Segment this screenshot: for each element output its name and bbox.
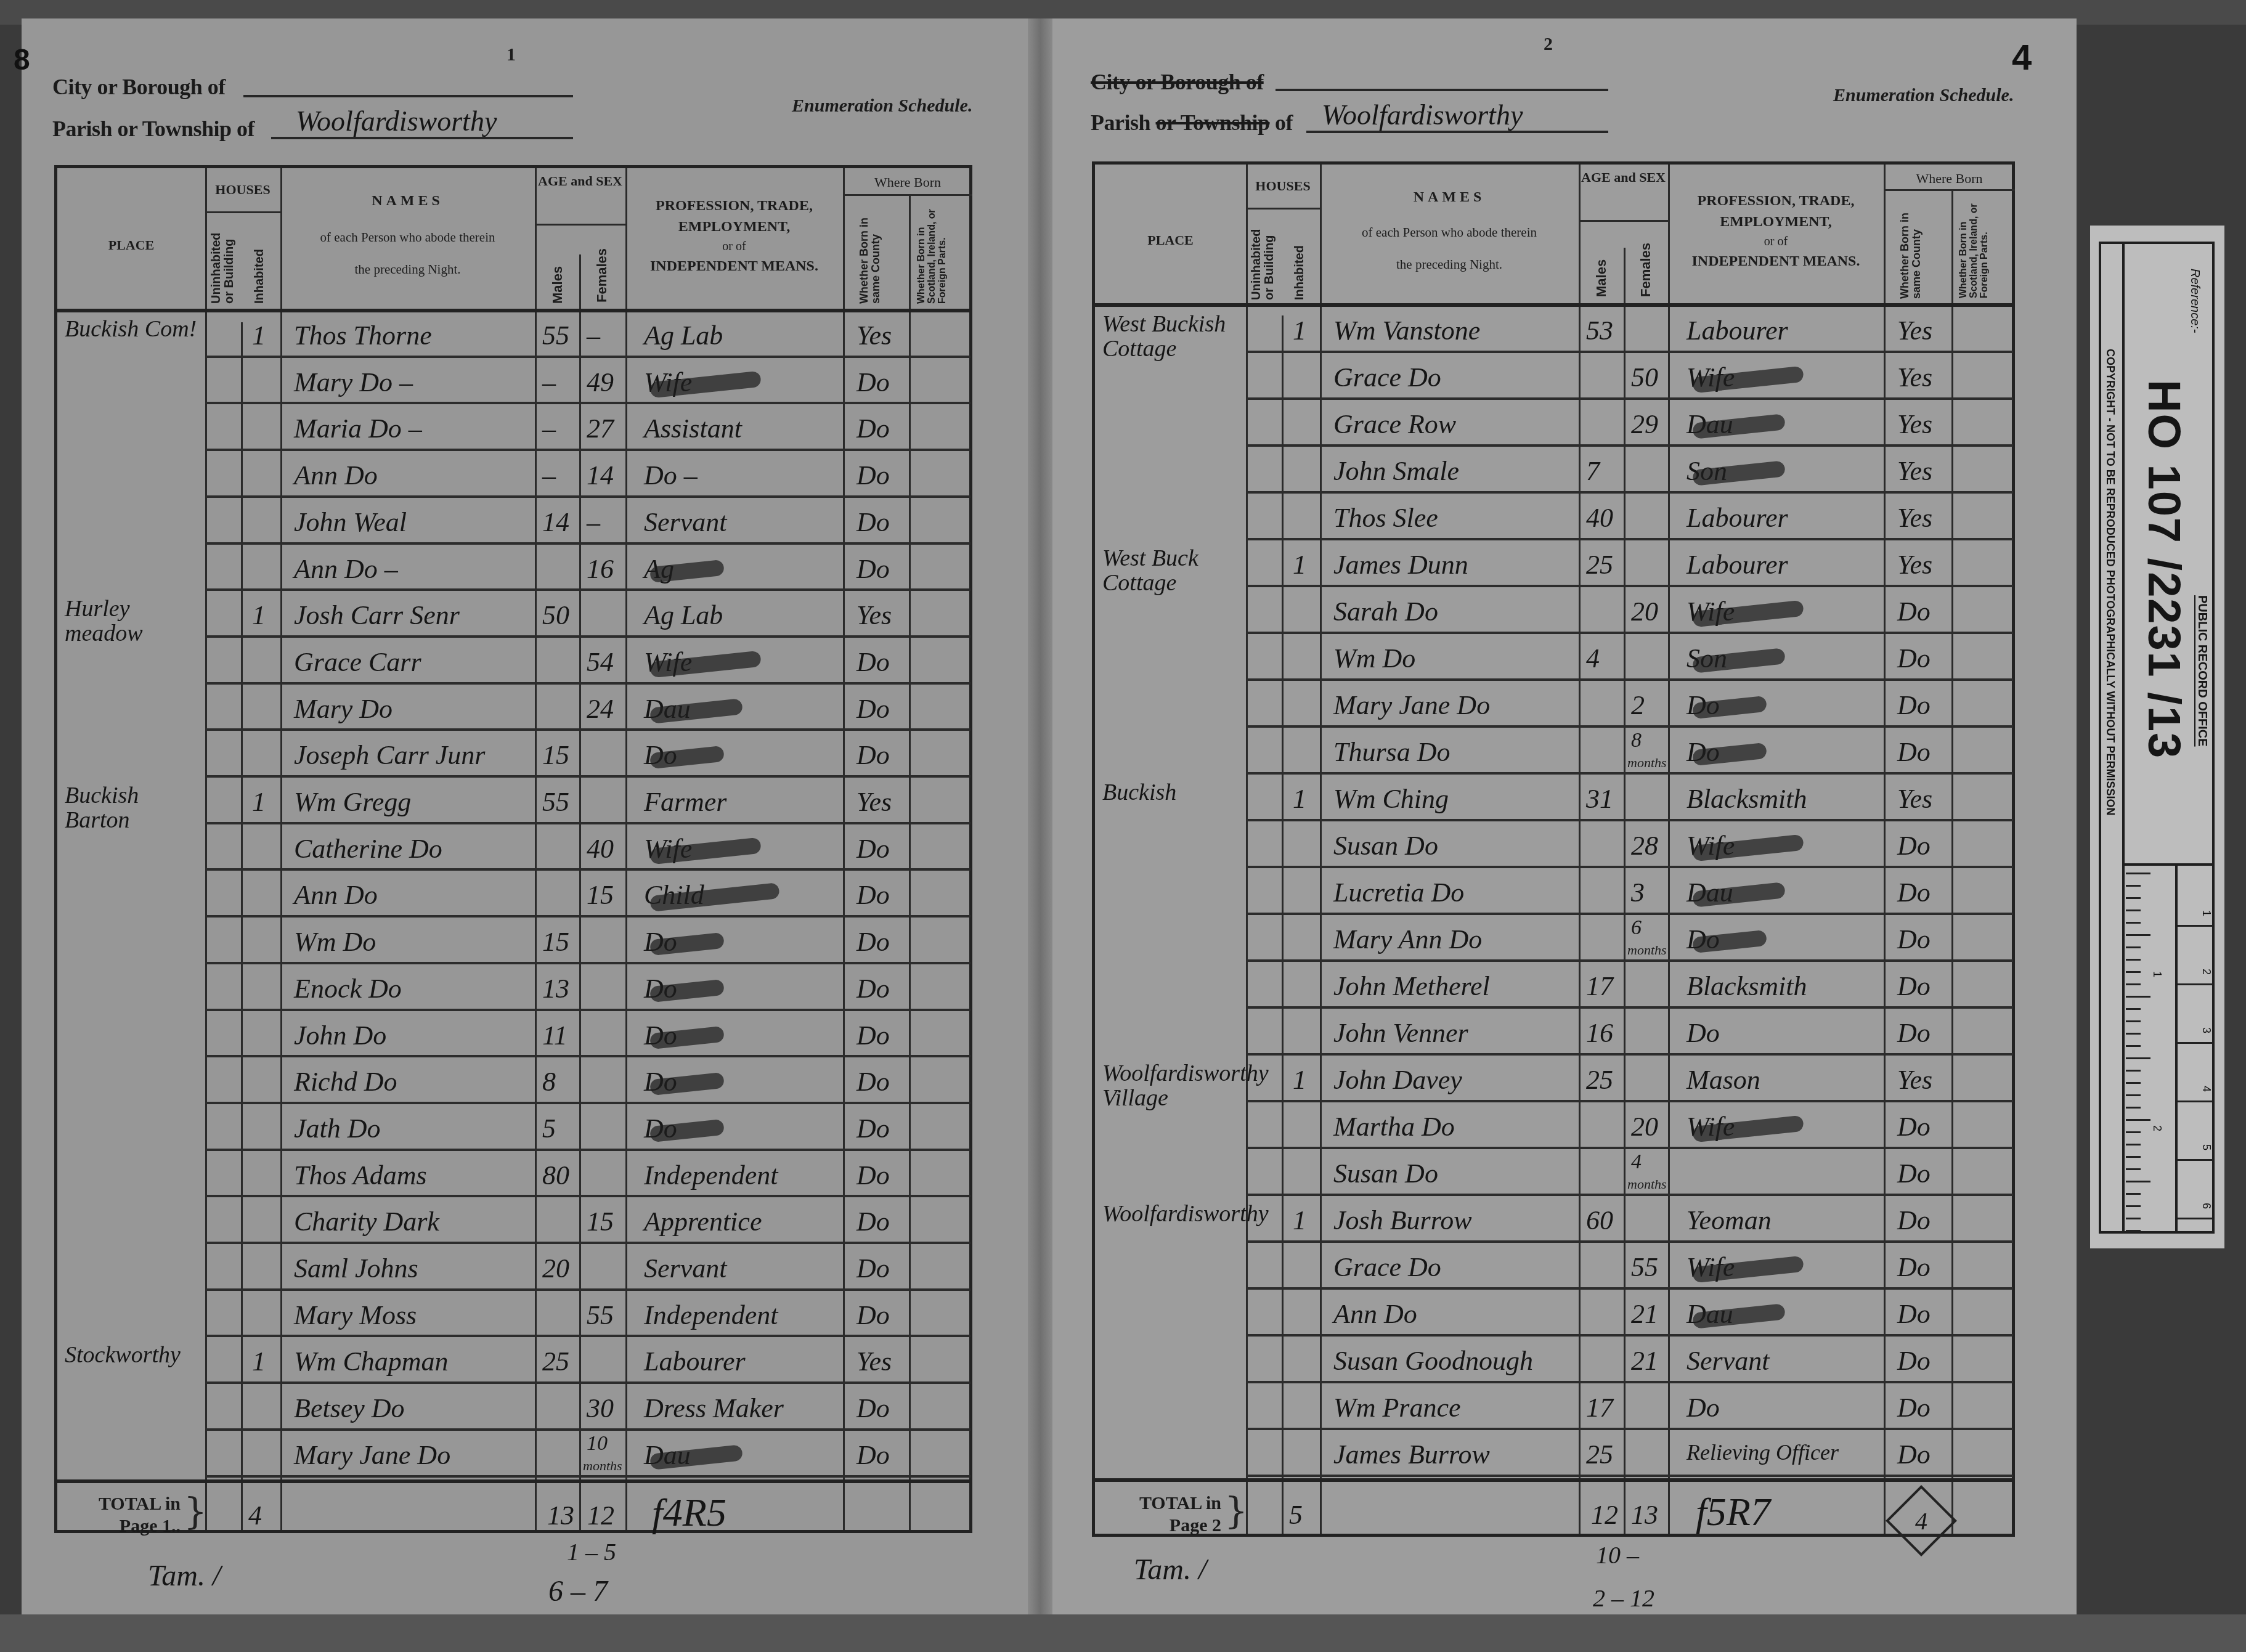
profession-cell: Apprentice [644,1208,762,1235]
females-age-cell: 15 [587,882,614,909]
reference-number: HO 107 /2231 /13 [2138,380,2191,759]
name-cell: John Metherel [1333,973,1490,1000]
males-age-cell: 13 [542,975,569,1003]
same-county-cell: Do [1897,598,1931,625]
same-county-cell: Do [856,742,890,769]
census-table-page-1: PLACE HOUSES Uninhabited or Building Inh… [54,165,972,1533]
place-cell: Stockworthy [65,1343,200,1368]
name-cell: Martha Do [1333,1113,1455,1141]
females-age-cell: 4 [1631,1152,1642,1173]
header-where-born-p2: Where Born [1884,171,2015,186]
page-1-initials: Tam. / [148,1559,221,1593]
header-inhabited-p2: Inhabited [1293,214,1306,300]
females-age-cell: 20 [1631,1113,1658,1141]
scan-background-bottom [0,1614,2246,1652]
header-profession-4: INDEPENDENT MEANS. [625,258,843,275]
name-cell: Mary Jane Do [1333,692,1490,719]
reference-slip: Reference:- HO 107 /2231 /13 PUBLIC RECO… [2090,226,2224,1248]
same-county-cell: Do [1897,1441,1931,1468]
total-inhabited: 4 [248,1502,262,1529]
same-county-cell: Do [856,1255,890,1282]
males-age-cell: – [542,369,556,396]
same-county-cell: Do [856,836,890,863]
same-county-cell: Do [856,1115,890,1142]
header-same-county: Whether Born in same County [858,205,895,304]
page-2-number: 2 [1544,34,1553,55]
name-cell: Mary Jane Do [294,1442,450,1469]
females-age-cell: 20 [1631,598,1658,625]
males-age-cell: 16 [1586,1020,1613,1047]
profession-cell: Independent [644,1302,778,1329]
months-note: months [1627,1176,1667,1192]
name-cell: Ann Do – [294,556,398,583]
profession-cell: Blacksmith [1687,973,1807,1000]
same-county-cell: Do [1897,1020,1931,1047]
ruler-cm-label: 6 [2200,1203,2213,1209]
profession-cell: Do [1687,1020,1720,1047]
females-age-cell: 21 [1631,1348,1658,1375]
males-age-cell: 40 [1586,505,1613,532]
same-county-cell: Yes [856,1348,892,1375]
same-county-cell: Do [856,975,890,1003]
header-names-p2: NAMES [1320,189,1579,206]
ruler-inch-label: 2 [2150,1125,2163,1131]
females-age-cell: 54 [587,649,614,676]
females-age-cell: 6 [1631,918,1642,938]
males-age-cell: 55 [542,789,569,816]
name-cell: John Weal [294,509,407,536]
same-county-cell: Do [856,1208,890,1235]
females-age-cell: 55 [587,1302,614,1329]
name-cell: Thos Slee [1333,505,1438,532]
name-cell: Joseph Carr Junr [294,742,485,769]
females-age-cell: 28 [1631,832,1658,860]
name-cell: Sarah Do [1333,598,1438,625]
males-age-cell: 31 [1586,786,1613,813]
inhabited-cell: 1 [1293,1207,1306,1234]
header-place-p2: PLACE [1095,232,1246,248]
page-2-initials: Tam. / [1134,1553,1206,1587]
same-county-cell: Yes [1897,786,1932,813]
same-county-cell: Do [1897,645,1931,672]
header-profession-2: EMPLOYMENT, [625,219,843,236]
same-county-cell: Do [856,556,890,583]
book-gutter [1028,18,1052,1633]
name-cell: Grace Row [1333,411,1456,438]
name-cell: John Venner [1333,1020,1468,1047]
name-cell: Mary Moss [294,1302,417,1329]
males-age-cell: 25 [1586,1441,1613,1468]
name-cell: Jath Do [294,1115,381,1142]
header-houses-p2: HOUSES [1246,178,1320,193]
males-age-cell: 50 [542,602,569,629]
same-county-cell: Do [856,1068,890,1096]
name-cell: Grace Do [1333,1254,1441,1281]
header-profession-1: PROFESSION, TRADE, [625,198,843,215]
header-names-sub2: the preceding Night. [280,262,535,277]
name-cell: Wm Do [1333,645,1415,672]
males-age-cell: 5 [542,1115,556,1142]
header-profession-3-p2: or of [1668,235,1884,249]
females-age-cell: 40 [587,836,614,863]
same-county-cell: Do [1897,739,1931,766]
header-profession-4-p2: INDEPENDENT MEANS. [1668,253,1884,271]
header-males-p2: Males [1594,248,1608,297]
page-2-tally-1: 10 – [1596,1540,1639,1569]
females-age-cell: 49 [587,369,614,396]
header-where-born: Where Born [843,174,972,190]
name-cell: Lucretia Do [1333,879,1464,906]
place-cell: Buckish [1102,781,1241,805]
males-age-cell: 25 [1586,1067,1613,1094]
males-age-cell: 60 [1586,1207,1613,1234]
males-age-cell: 17 [1586,1394,1613,1422]
page-2-tally-2: 2 – 12 [1593,1584,1654,1613]
total-inhabited-p2: 5 [1289,1502,1303,1529]
males-age-cell: 53 [1586,317,1613,344]
profession-cell: Labourer [1687,551,1788,579]
females-age-cell: 21 [1631,1301,1658,1328]
same-county-cell: Yes [1897,364,1932,391]
same-county-cell: Do [856,1302,890,1329]
males-age-cell: 25 [542,1348,569,1375]
page-2-corner-mark: 4 [2012,37,2032,78]
total-brace-p2: } [1224,1489,1248,1532]
females-age-cell: 15 [587,1208,614,1235]
name-cell: James Dunn [1333,551,1468,579]
city-borough-label: City or Borough of [52,74,226,100]
profession-cell: Relieving Officer [1687,1441,1839,1463]
city-borough-label-page-2: City or Borough of [1091,69,1264,95]
schedule-title-page-2: Enumeration Schedule. [1833,85,2014,106]
inhabited-cell: 1 [1293,317,1306,344]
same-county-cell: Do [1897,1348,1931,1375]
females-age-cell: 2 [1631,692,1645,719]
name-cell: Wm Chapman [294,1348,449,1375]
header-place: PLACE [57,237,205,253]
same-county-cell: Do [1897,832,1931,860]
name-cell: Josh Burrow [1333,1207,1472,1234]
city-borough-line [243,95,573,97]
header-inhabited: Inhabited [253,218,266,304]
header-scotland: Whether Born in Scotland, Ireland, or Fo… [917,202,966,304]
header-names-sub2-p2: the preceding Night. [1320,257,1579,272]
name-cell: Grace Do [1333,364,1441,391]
total-females: 12 [587,1502,614,1529]
females-age-cell: 55 [1631,1254,1658,1281]
males-age-cell: 20 [542,1255,569,1282]
name-cell: Richd Do [294,1068,397,1096]
same-county-cell: Yes [1897,411,1932,438]
copyright-notice: COPYRIGHT - NOT TO BE REPRODUCED PHOTOGR… [2104,349,2117,815]
page-1-tally-1: 1 – 5 [567,1537,616,1566]
place-cell: West Buckish Cottage [1102,312,1241,362]
same-county-cell: Do [1897,1113,1931,1141]
city-borough-line-page-2 [1276,89,1608,91]
profession-cell: Labourer [644,1348,746,1375]
same-county-cell: Do [1897,1207,1931,1234]
header-profession-2-p2: EMPLOYMENT, [1668,214,1884,231]
header-males: Males [550,254,564,304]
males-age-cell: 15 [542,742,569,769]
name-cell: Thos Thorne [294,322,432,349]
males-age-cell: 8 [542,1068,556,1096]
name-cell: Wm Vanstone [1333,317,1480,344]
months-note: months [1627,942,1667,958]
same-county-cell: Yes [856,789,892,816]
parish-value: Woolfardisworthy [296,105,497,137]
total-brace: } [184,1490,207,1533]
females-age-cell: 50 [1631,364,1658,391]
same-county-cell: Yes [1897,1067,1932,1094]
inhabited-cell: 1 [1293,1067,1306,1094]
same-county-cell: Do [1897,692,1931,719]
profession-cell: Labourer [1687,317,1788,344]
males-age-cell: – [542,415,556,442]
name-cell: Catherine Do [294,836,442,863]
total-label-page-1: TOTAL in Page 1.. [70,1493,181,1537]
total-note: f4R5 [652,1493,726,1532]
name-cell: Susan Do [1333,832,1438,860]
total-note-p2: f5R7 [1696,1492,1770,1532]
profession-cell: Assistant [644,415,742,442]
header-names-sub1: of each Person who abode therein [280,230,535,245]
same-county-cell: Yes [1897,458,1932,485]
same-county-cell: Do [856,1162,890,1189]
profession-cell: Dress Maker [644,1395,784,1422]
name-cell: Ann Do [294,882,378,909]
header-profession-3: or of [625,240,843,254]
ruler-cm-label: 1 [2200,910,2213,916]
profession-cell: Mason [1687,1067,1760,1094]
males-age-cell: 15 [542,929,569,956]
name-cell: Charity Dark [294,1208,439,1235]
header-same-county-p2: Whether Born in same County [1899,200,1936,299]
females-age-cell: 16 [587,556,614,583]
name-cell: Mary Do – [294,369,413,396]
same-county-cell: Do [856,649,890,676]
name-cell: Grace Carr [294,649,421,676]
name-cell: Saml Johns [294,1255,418,1282]
same-county-cell: Do [856,462,890,489]
profession-cell: Blacksmith [1687,786,1807,813]
name-cell: John Smale [1333,458,1459,485]
males-age-cell: 25 [1586,551,1613,579]
header-houses: HOUSES [205,182,280,197]
place-cell: Buckish Barton [65,784,200,833]
same-county-cell: Yes [856,602,892,629]
profession-cell: Independent [644,1162,778,1189]
same-county-cell: Do [856,882,890,909]
months-note: months [583,1458,622,1474]
profession-cell: Yeoman [1687,1207,1772,1234]
months-note: months [1627,755,1667,771]
females-age-cell: 3 [1631,879,1645,906]
office-name: PUBLIC RECORD OFFICE [2195,595,2209,747]
inhabited-cell: 1 [1293,551,1306,579]
reference-label: Reference:- [2187,269,2202,333]
profession-cell: Farmer [644,789,726,816]
header-females-p2: Females [1638,235,1653,297]
header-uninhabited: Uninhabited or Building [210,218,236,304]
profession-cell: Do [1687,1394,1720,1422]
females-age-cell: 30 [587,1395,614,1422]
inhabited-cell: 1 [252,1348,266,1375]
name-cell: Wm Ching [1333,786,1449,813]
name-cell: Thos Adams [294,1162,427,1189]
name-cell: Josh Carr Senr [294,602,460,629]
page-1-corner-mark: 8 [14,43,30,77]
same-county-cell: Do [856,1395,890,1422]
place-cell: Woolfardisworthy [1102,1202,1241,1227]
same-county-cell: Do [1897,1160,1931,1187]
ruler-inch-label: 1 [2150,971,2163,977]
inhabited-cell: 1 [1293,786,1306,813]
females-age-cell: 27 [587,415,614,442]
header-profession-1-p2: PROFESSION, TRADE, [1668,193,1884,210]
name-cell: Ann Do [1333,1301,1417,1328]
same-county-cell: Do [1897,879,1931,906]
profession-cell: Servant [1687,1348,1769,1375]
inhabited-cell: 1 [252,602,266,629]
total-label-page-2: TOTAL in Page 2 [1110,1492,1221,1537]
same-county-cell: Do [856,696,890,723]
females-age-cell: – [587,322,600,349]
inhabited-cell: 1 [252,322,266,349]
header-scotland-p2: Whether Born in Scotland, Ireland, or Fo… [1959,197,2008,298]
name-cell: Wm Do [294,929,376,956]
header-females: Females [595,241,609,303]
males-age-cell: – [542,462,556,489]
name-cell: Mary Ann Do [1333,926,1482,953]
ruler-cm-label: 3 [2200,1027,2213,1033]
males-age-cell: 11 [542,1022,568,1049]
same-county-cell: Do [856,415,890,442]
same-county-cell: Do [1897,1301,1931,1328]
males-age-cell: 55 [542,322,569,349]
name-cell: Enock Do [294,975,402,1003]
females-age-cell: 24 [587,696,614,723]
same-county-cell: Yes [856,322,892,349]
place-cell: Hurley meadow [65,597,200,646]
females-age-cell: 10 [587,1433,608,1454]
profession-cell: Servant [644,509,726,536]
same-county-cell: Do [856,509,890,536]
same-county-cell: Yes [1897,317,1932,344]
males-age-cell: 17 [1586,973,1613,1000]
header-uninhabited-p2: Uninhabited or Building [1250,214,1276,300]
schedule-title: Enumeration Schedule. [792,96,972,116]
page-1-number: 1 [507,44,516,65]
same-county-cell: Do [856,929,890,956]
ruler-cm-label: 4 [2200,1086,2213,1092]
profession-cell: Ag Lab [644,322,723,349]
name-cell: Susan Do [1333,1160,1438,1187]
header-age-sex: AGE and SEX [535,173,625,189]
parish-value-page-2: Woolfardisworthy [1322,99,1523,131]
ruler-cm-label: 5 [2200,1144,2213,1150]
header-age-sex-p2: AGE and SEX [1579,169,1668,185]
same-county-cell: Do [1897,1254,1931,1281]
name-cell: Wm Prance [1333,1394,1461,1422]
total-males: 13 [547,1502,574,1529]
same-county-cell: Do [1897,926,1931,953]
parish-label-page-2: Parish or Township of [1091,110,1293,136]
place-cell: West Buck Cottage [1102,547,1241,596]
same-county-cell: Yes [1897,551,1932,579]
profession-cell: Servant [644,1255,726,1282]
same-county-cell: Do [856,1442,890,1469]
name-cell: Ann Do [294,462,378,489]
name-cell: Betsey Do [294,1395,405,1422]
males-age-cell: 80 [542,1162,569,1189]
profession-cell: Ag Lab [644,602,723,629]
total-males-p2: 12 [1591,1502,1618,1529]
females-age-cell: 29 [1631,411,1658,438]
same-county-cell: Do [856,369,890,396]
census-table-page-2: PLACE HOUSES Uninhabited or Building Inh… [1092,161,2015,1537]
name-cell: Maria Do – [294,415,422,442]
same-county-cell: Do [856,1022,890,1049]
females-age-cell: 14 [587,462,614,489]
name-cell: James Burrow [1333,1441,1490,1468]
same-county-cell: Do [1897,973,1931,1000]
females-age-cell: 8 [1631,730,1642,751]
header-names: NAMES [280,193,535,210]
same-county-cell: Yes [1897,505,1932,532]
profession-cell: Labourer [1687,505,1788,532]
males-age-cell: 7 [1586,458,1600,485]
header-names-sub1-p2: of each Person who abode therein [1320,225,1579,240]
males-age-cell: 14 [542,509,569,536]
name-cell: John Davey [1333,1067,1462,1094]
males-age-cell: 4 [1586,645,1600,672]
parish-label: Parish or Township of [52,116,254,142]
name-cell: Susan Goodnough [1333,1348,1533,1375]
females-age-cell: – [587,509,600,536]
inhabited-cell: 1 [252,789,266,816]
name-cell: Thursa Do [1333,739,1451,766]
ruler-cm-label: 2 [2200,969,2213,975]
same-county-cell: Do [1897,1394,1931,1422]
page-1-tally-2: 6 – 7 [548,1574,608,1608]
name-cell: John Do [294,1022,386,1049]
total-females-p2: 13 [1631,1502,1658,1529]
name-cell: Wm Gregg [294,789,411,816]
profession-cell: Do – [644,462,698,489]
place-cell: Buckish Com! [65,317,200,342]
name-cell: Mary Do [294,696,393,723]
place-cell: Woolfardisworthy Village [1102,1062,1241,1111]
